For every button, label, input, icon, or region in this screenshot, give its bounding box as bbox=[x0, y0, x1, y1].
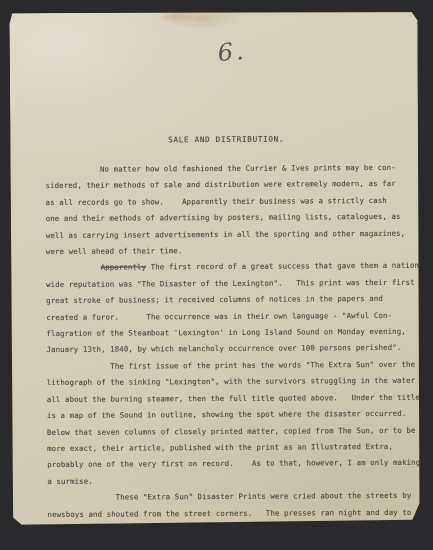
line-segment: probably one of the very first on record… bbox=[47, 458, 420, 469]
line-segment: all about the burning steamer, then the … bbox=[47, 392, 420, 403]
line-segment: The first issue of the print has the wor… bbox=[47, 360, 416, 371]
line-segment: These "Extra Sun" Disaster Prints were c… bbox=[47, 491, 411, 502]
line-segment: lithograph of the sinking "Lexington", w… bbox=[47, 376, 416, 387]
typewritten-line: one and their methods of advertising by … bbox=[46, 209, 418, 228]
typewritten-line: probably one of the very first on record… bbox=[47, 455, 419, 474]
line-segment: great stroke of business; it received co… bbox=[46, 294, 383, 305]
typewritten-line: well as carrying insert advertisements i… bbox=[46, 225, 418, 244]
handwritten-page-number: 6. bbox=[217, 37, 248, 67]
document-body: No matter how old fashioned the Currier … bbox=[45, 160, 419, 523]
document-title: SALE AND DISTRIBUTION. bbox=[40, 134, 412, 145]
line-segment: flagration of the Steamboat 'Lexington' … bbox=[46, 327, 405, 338]
line-segment: The first record of a great success that… bbox=[146, 261, 424, 272]
typewritten-line: Apparently The first record of a great s… bbox=[46, 258, 418, 277]
typewritten-line: is a map of the Sound in outline, showin… bbox=[47, 406, 419, 425]
typewritten-line: sidered, their methods of sale and distr… bbox=[45, 176, 417, 195]
photo-backdrop: 6. SALE AND DISTRIBUTION. No matter how … bbox=[0, 0, 433, 550]
struck-word: Apparently bbox=[101, 263, 147, 272]
line-segment: a surmise. bbox=[47, 476, 93, 485]
line-segment: more exact, their article, published wit… bbox=[47, 442, 393, 453]
line-segment: were well ahead of their time. bbox=[46, 246, 183, 256]
line-segment: sidered, their methods of sale and distr… bbox=[45, 179, 395, 190]
line-segment: January 13th, 1840, by which melancholy … bbox=[46, 343, 401, 354]
line-segment: well as carrying insert advertisements i… bbox=[46, 228, 405, 239]
line-segment: Below that seven columns of closely prin… bbox=[47, 425, 416, 436]
document-page: 6. SALE AND DISTRIBUTION. No matter how … bbox=[9, 11, 420, 525]
line-segment: created a furor. The occurrence was in t… bbox=[46, 311, 392, 322]
typewritten-line: great stroke of business; it received co… bbox=[46, 291, 418, 310]
typewritten-line: newsboys and shouted from the street cor… bbox=[47, 504, 419, 523]
typewritten-line: These "Extra Sun" Disaster Prints were c… bbox=[47, 488, 419, 507]
line-segment: No matter how old fashioned the Currier … bbox=[45, 163, 395, 174]
line-segment bbox=[46, 263, 101, 272]
line-segment: as all records go to show. Apparently th… bbox=[46, 196, 387, 207]
typewritten-line: lithograph of the sinking "Lexington", w… bbox=[47, 373, 419, 392]
line-segment: one and their methods of advertising by … bbox=[46, 212, 401, 223]
line-segment: wide reputation was "The Disaster of the… bbox=[46, 278, 415, 289]
line-segment: is a map of the Sound in outline, showin… bbox=[47, 409, 406, 420]
line-segment: newsboys and shouted from the street cor… bbox=[47, 507, 411, 518]
